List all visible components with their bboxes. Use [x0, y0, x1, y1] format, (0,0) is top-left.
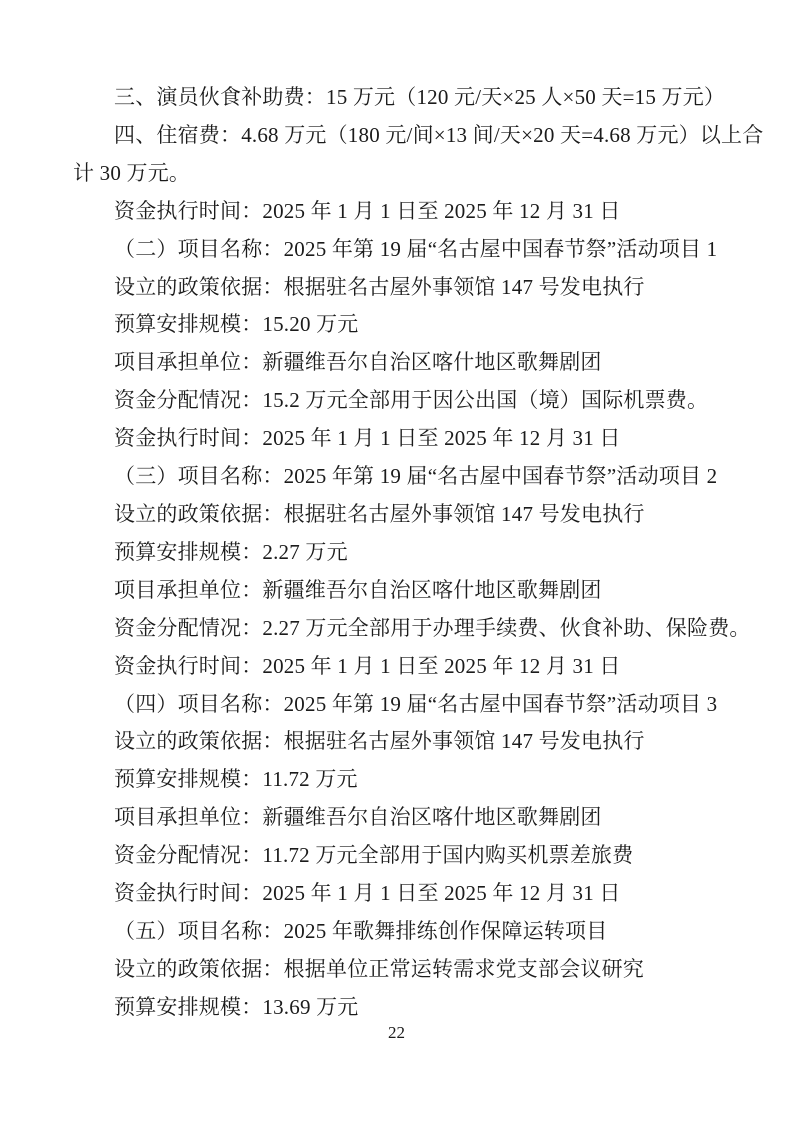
text-line: 设立的政策依据：根据驻名古屋外事领馆 147 号发电执行: [73, 723, 721, 761]
text-line: 项目承担单位：新疆维吾尔自治区喀什地区歌舞剧团: [73, 572, 721, 610]
text-line: 资金分配情况：2.27 万元全部用于办理手续费、伙食补助、保险费。: [73, 610, 721, 648]
text-line: 设立的政策依据：根据单位正常运转需求党支部会议研究: [73, 951, 721, 989]
text-line: 资金分配情况：15.2 万元全部用于因公出国（境）国际机票费。: [73, 382, 721, 420]
text-line: 项目承担单位：新疆维吾尔自治区喀什地区歌舞剧团: [73, 799, 721, 837]
text-line: 资金执行时间：2025 年 1 月 1 日至 2025 年 12 月 31 日: [73, 193, 721, 231]
text-line: 设立的政策依据：根据驻名古屋外事领馆 147 号发电执行: [73, 496, 721, 534]
text-line: 资金执行时间：2025 年 1 月 1 日至 2025 年 12 月 31 日: [73, 420, 721, 458]
text-line: 预算安排规模：15.20 万元: [73, 306, 721, 344]
text-line: 项目承担单位：新疆维吾尔自治区喀什地区歌舞剧团: [73, 344, 721, 382]
text-line: 资金分配情况：11.72 万元全部用于国内购买机票差旅费: [73, 837, 721, 875]
text-line: 资金执行时间：2025 年 1 月 1 日至 2025 年 12 月 31 日: [73, 648, 721, 686]
document-page: 三、演员伙食补助费：15 万元（120 元/天×25 人×50 天=15 万元）…: [0, 0, 793, 1122]
text-line: 预算安排规模：2.27 万元: [73, 534, 721, 572]
text-line: 计 30 万元。: [73, 155, 721, 193]
text-line: （五）项目名称：2025 年歌舞排练创作保障运转项目: [73, 913, 721, 951]
text-line: 资金执行时间：2025 年 1 月 1 日至 2025 年 12 月 31 日: [73, 875, 721, 913]
text-line: （二）项目名称：2025 年第 19 届“名古屋中国春节祭”活动项目 1: [73, 231, 721, 269]
text-line: （三）项目名称：2025 年第 19 届“名古屋中国春节祭”活动项目 2: [73, 458, 721, 496]
text-line: 预算安排规模：13.69 万元: [73, 989, 721, 1027]
text-line: 设立的政策依据：根据驻名古屋外事领馆 147 号发电执行: [73, 269, 721, 307]
text-line: （四）项目名称：2025 年第 19 届“名古屋中国春节祭”活动项目 3: [73, 686, 721, 724]
text-line: 三、演员伙食补助费：15 万元（120 元/天×25 人×50 天=15 万元）: [73, 79, 721, 117]
text-line: 四、住宿费：4.68 万元（180 元/间×13 间/天×20 天=4.68 万…: [73, 117, 721, 155]
document-body: 三、演员伙食补助费：15 万元（120 元/天×25 人×50 天=15 万元）…: [73, 79, 721, 1027]
text-line: 预算安排规模：11.72 万元: [73, 761, 721, 799]
page-number: 22: [0, 1023, 793, 1043]
